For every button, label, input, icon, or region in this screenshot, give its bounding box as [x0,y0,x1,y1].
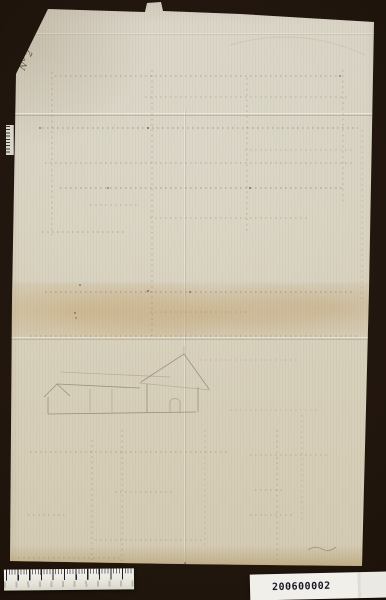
scan-background: N° 2 [0,0,386,600]
archive-label: 200600002 [250,571,386,600]
scale-ruler [4,568,134,590]
drawing-marks [0,0,386,600]
paper-bottom-edge [0,545,386,566]
left-ruler-fragment-icon [6,125,14,155]
stain-band [4,283,382,337]
horizontal-fold-line-lower [0,337,386,340]
vertical-fold-line [184,110,186,564]
handwritten-number: N° 2 [18,49,36,72]
horizontal-fold-line-upper [0,113,386,116]
archive-number: 200600002 [250,580,331,593]
top-crease-line [0,33,386,35]
building-elevation-sketch [44,346,210,414]
manuscript-sheet: N° 2 [0,0,386,600]
